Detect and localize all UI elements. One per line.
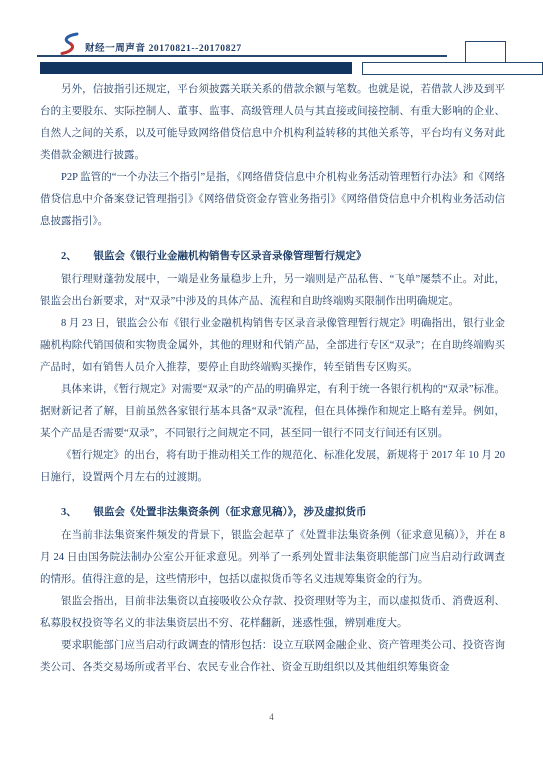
body-paragraph: 银监会指出，目前非法集资以直接吸收公众存款、投资理财等为主，而以虚拟货币、消费返… [40, 591, 505, 635]
header-rule [37, 55, 447, 57]
body-paragraph: 在当前非法集资案件频发的背景下，银监会起草了《处置非法集资条例（征求意见稿）》，… [40, 525, 505, 591]
header-deco-tab [465, 41, 506, 63]
section-title: 银监会《银行业金融机构销售专区录音录像管理暂行规定》 [94, 251, 367, 262]
section-title: 银监会《处置非法集资条例（征求意见稿）》，涉及虚拟货币 [94, 507, 367, 518]
body-paragraph: 另外，信披指引还规定，平台须披露关联关系的借款余额与笔数。也就是说，若借款人涉及… [40, 79, 505, 167]
body-paragraph: 《暂行规定》的出台，将有助于推动相关工作的规范化、标准化发展，新规将于 2017… [40, 445, 505, 489]
document-body: 另外，信披指引还规定，平台须披露关联关系的借款余额与笔数。也就是说，若借款人涉及… [40, 79, 505, 679]
body-paragraph: 具体来讲，《暂行规定》对需要“双录”的产品的明确界定，有利于统一各银行机构的“双… [40, 379, 505, 445]
body-paragraph: 银行理财蓬勃发展中，一端是业务量稳步上升，另一端则是产品私售、“飞单”屡禁不止。… [40, 269, 505, 313]
body-paragraph: 8 月 23 日，银监会公布《银行业金融机构销售专区录音录像管理暂行规定》明确指… [40, 313, 505, 379]
section-heading: 3、银监会《处置非法集资条例（征求意见稿）》，涉及虚拟货币 [40, 502, 505, 524]
section-number: 3、 [61, 507, 77, 518]
body-paragraph: P2P 监管的“一个办法三个指引”是指，《网络借贷信息中介机构业务活动管理暂行办… [40, 167, 505, 233]
document-page: 财经一周声音 20170821--20170827 另外，信披指引还规定，平台须… [0, 0, 543, 768]
page-number: 4 [0, 712, 543, 722]
brand-swoosh-logo-icon [57, 32, 81, 57]
header-navy-bar [40, 62, 352, 74]
header-deco-outline [362, 62, 543, 75]
section-heading: 2、银监会《银行业金融机构销售专区录音录像管理暂行规定》 [40, 246, 505, 268]
header-title: 财经一周声音 20170821--20170827 [85, 40, 242, 54]
body-paragraph: 要求职能部门应当启动行政调查的情形包括：设立互联网金融企业、资产管理类公司、投资… [40, 635, 505, 679]
section-number: 2、 [61, 251, 77, 262]
